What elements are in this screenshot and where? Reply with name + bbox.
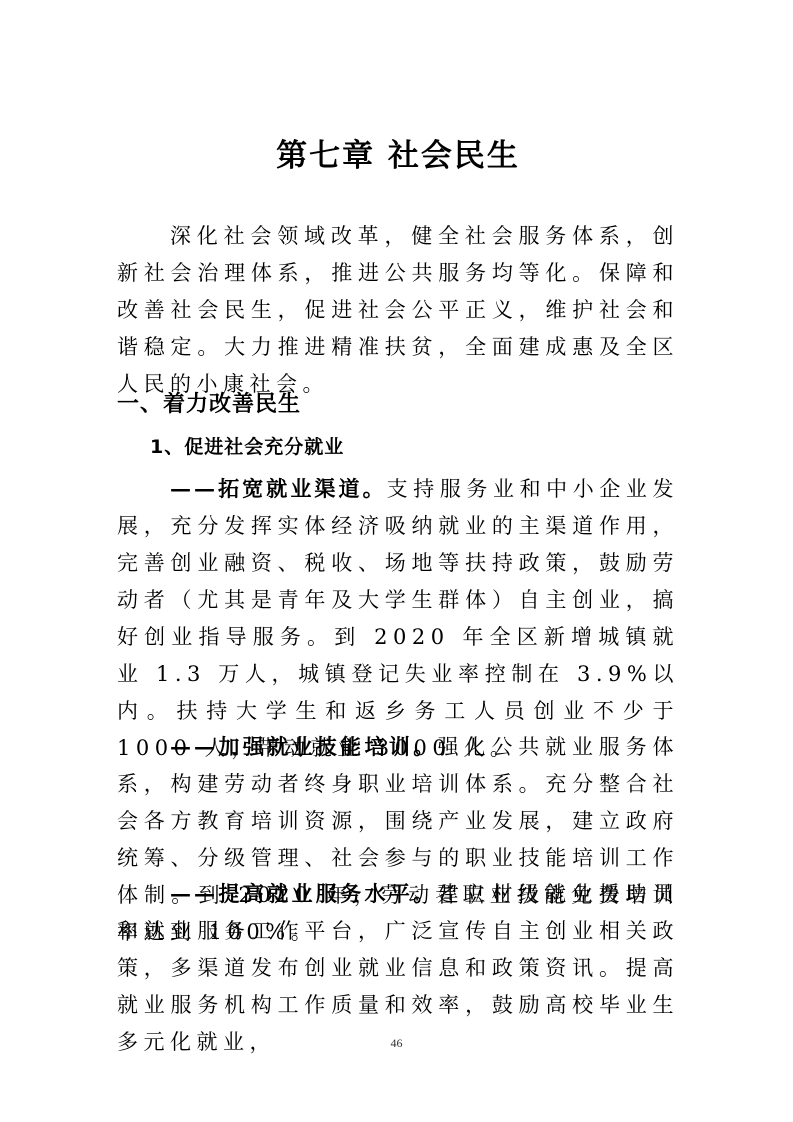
paragraph-lead: ——加强就业技能培训。 — [170, 734, 438, 759]
subsection-heading: 1、促进社会充分就业 — [150, 430, 680, 464]
paragraph-lead: ——提高就业服务水平。 — [170, 881, 438, 906]
paragraph-body: 支持服务业和中小企业发展，充分发挥实体经济吸纳就业的主渠道作用，完善创业融资、税… — [117, 477, 679, 760]
section-heading: 一、着力改善民生 — [117, 388, 679, 422]
intro-paragraph: 深化社会领域改革，健全社会服务体系，创新社会治理体系，推进公共服务均等化。保障和… — [117, 218, 679, 403]
paragraph-body: 建立村级就业援助员和就业服务工作平台，广泛宣传自主创业相关政策，多渠道发布创业就… — [117, 882, 679, 1054]
page-number: 46 — [0, 1036, 793, 1051]
chapter-title: 第七章 社会民生 — [117, 136, 679, 176]
paragraph-expand-employment-channels: ——拓宽就业渠道。支持服务业和中小企业发展，充分发挥实体经济吸纳就业的主渠道作用… — [117, 470, 679, 767]
paragraph-employment-services: ——提高就业服务水平。建立村级就业援助员和就业服务工作平台，广泛宣传自主创业相关… — [117, 875, 679, 1061]
paragraph-lead: ——拓宽就业渠道。 — [170, 476, 387, 501]
